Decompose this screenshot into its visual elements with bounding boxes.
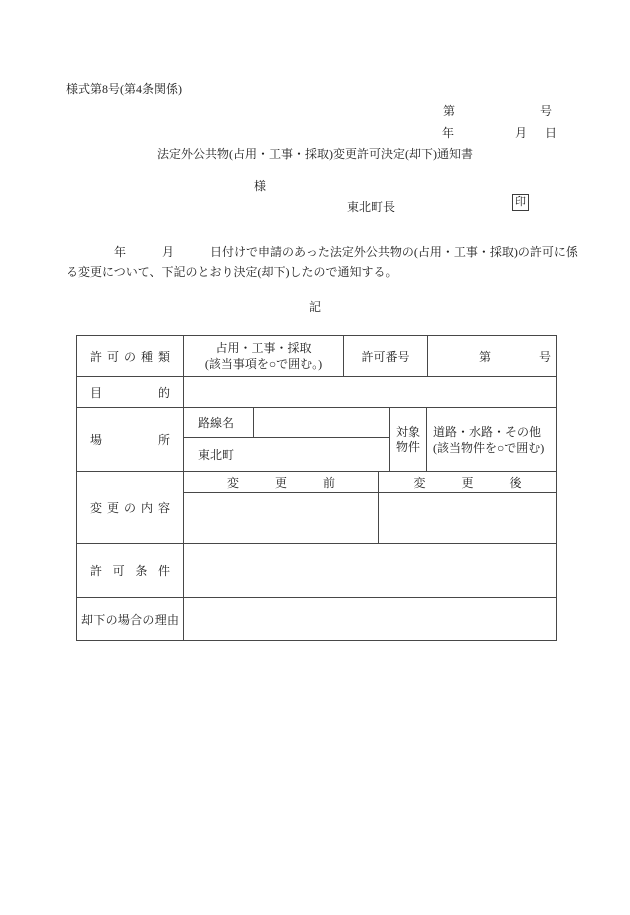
permit-type-label-cell: 許可の種類	[77, 336, 184, 376]
permit-number-blank: 第 号	[479, 348, 551, 365]
table-row-change: 変更の内容 変 更 前 変 更 後	[77, 472, 556, 544]
conditions-label: 許可条件	[77, 562, 183, 579]
change-header-row: 変 更 前 変 更 後	[184, 472, 556, 493]
permit-type-label: 許可の種類	[77, 348, 183, 365]
doc-number-suffix: 号	[540, 104, 552, 118]
location-detail-cell: 路線名 東北町	[184, 408, 390, 471]
object-label-line1: 対象	[396, 425, 420, 440]
object-label-cell: 対象 物件	[390, 408, 427, 471]
table-row-location: 場所 路線名 東北町 対象 物件 道路・水路・その他 (該当物件を○で	[77, 408, 556, 472]
conditions-value-cell	[184, 544, 556, 597]
location-label: 場所	[77, 431, 183, 448]
permit-number-label: 許可番号	[361, 348, 409, 365]
table-row-rejection: 却下の場合の理由	[77, 598, 556, 640]
change-label-cell: 変更の内容	[77, 472, 184, 543]
date-day-label: 日	[545, 126, 557, 140]
change-value-row	[184, 493, 556, 543]
location-label-cell: 場所	[77, 408, 184, 471]
purpose-label: 目的	[77, 384, 183, 401]
change-label: 変更の内容	[77, 499, 183, 516]
document-title: 法定外公共物(占用・工事・採取)変更許可決定(却下)通知書	[0, 147, 630, 161]
rejection-label-cell: 却下の場合の理由	[77, 598, 184, 640]
document-page: 様式第8号(第4条関係) 第 号 年 月 日 法定外公共物(占用・工事・採取)変…	[0, 0, 630, 915]
body-line-1: 年 月 日付けで申請のあった法定外公共物の(占用・工事・採取)の許可に係	[66, 245, 578, 259]
addressee-suffix: 様	[254, 179, 266, 193]
rejection-label: 却下の場合の理由	[77, 611, 183, 628]
permit-type-options: 占用・工事・採取	[215, 340, 311, 356]
table-row-permit-type: 許可の種類 占用・工事・採取 (該当事項を○で囲む。) 許可番号 第 号	[77, 336, 556, 377]
route-label-cell: 路線名	[184, 408, 254, 437]
permit-number-label-cell: 許可番号	[344, 336, 428, 376]
object-note: (該当物件を○で囲む)	[433, 440, 544, 456]
change-before-value-cell	[184, 493, 379, 543]
date-year-label: 年	[442, 126, 454, 140]
form-id: 様式第8号(第4条関係)	[66, 82, 182, 96]
object-options: 道路・水路・その他	[433, 424, 541, 440]
change-before-header: 変 更 前	[184, 472, 379, 492]
object-label-line2: 物件	[396, 440, 420, 455]
purpose-value-cell	[184, 377, 556, 407]
record-marker: 記	[0, 300, 630, 314]
change-detail-cell: 変 更 前 変 更 後	[184, 472, 556, 543]
route-label: 路線名	[198, 414, 234, 431]
town-name: 東北町	[198, 446, 234, 463]
route-row: 路線名	[184, 408, 389, 438]
conditions-label-cell: 許可条件	[77, 544, 184, 597]
change-after-header: 変 更 後	[379, 472, 556, 492]
permit-type-note: (該当事項を○で囲む。)	[205, 356, 322, 372]
object-value-cell: 道路・水路・その他 (該当物件を○で囲む)	[427, 408, 556, 471]
date-month-label: 月	[515, 126, 527, 140]
issuer-name: 東北町長	[347, 200, 395, 214]
rejection-value-cell	[184, 598, 556, 640]
permit-number-value-cell: 第 号	[428, 336, 556, 376]
permit-table: 許可の種類 占用・工事・採取 (該当事項を○で囲む。) 許可番号 第 号 目的	[76, 335, 557, 641]
change-after-value-cell	[379, 493, 556, 543]
table-row-conditions: 許可条件	[77, 544, 556, 598]
route-value-cell	[254, 408, 389, 437]
doc-number-prefix: 第	[443, 104, 455, 118]
body-line-2: る変更について、下記のとおり決定(却下)したので通知する。	[66, 265, 398, 279]
permit-type-value-cell: 占用・工事・採取 (該当事項を○で囲む。)	[184, 336, 344, 376]
purpose-label-cell: 目的	[77, 377, 184, 407]
seal-mark: 印	[512, 194, 529, 211]
table-row-purpose: 目的	[77, 377, 556, 408]
town-row: 東北町	[184, 438, 389, 471]
